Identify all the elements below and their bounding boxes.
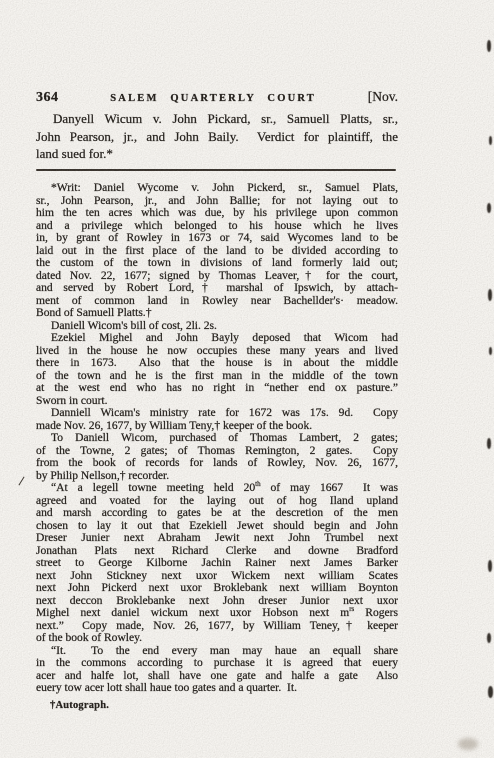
footnote-line: of the Towne, 2 gates; of Thomas Remingt… <box>36 445 398 458</box>
footnote-line: and marsh according to gates be at the d… <box>36 507 398 520</box>
footnote-line: by Philip Nellson,† recorder. <box>36 470 398 483</box>
footnote-line: the custom of the town in divisions of l… <box>36 257 398 270</box>
scan-speck <box>487 633 491 643</box>
footnote-line: in, by grant of Rowley in 1673 or 74, sa… <box>36 232 398 245</box>
footnote-line: Bond of Samuell Platts.† <box>36 307 398 320</box>
footnote-line: of the book of Rowley. <box>36 632 398 645</box>
main-text-line: John Pearson, jr., and John Baily. Verdi… <box>36 128 398 146</box>
footnote-line: sr., John Pearson, jr., and John Ballie;… <box>36 195 398 208</box>
footnote-line: Sworn in court. <box>36 395 398 408</box>
footnote-line: acer and halfe lot, shall have one gate … <box>36 670 398 683</box>
footnote-line: *Writ: Daniel Wycome v. John Pickerd, sr… <box>36 182 398 195</box>
footnote-line: next John Pickerd next uxor Broklebank n… <box>36 582 398 595</box>
footnote-line: dated Nov. 22, 1677; signed by Thomas Le… <box>36 270 398 283</box>
footnote-line: of the town and he is the first man in t… <box>36 370 398 383</box>
footnote-line: from the book of records for lands of Ro… <box>36 457 398 470</box>
footnote-line: Dreser Junier next Abraham Jewit next Jo… <box>36 532 398 545</box>
footnote-line: Ezekiel Mighel and John Bayly deposed th… <box>36 332 398 345</box>
footnote-line: street to George Kilborne Jachin Rainer … <box>36 557 398 570</box>
page-header: 364 SALEM QUARTERLY COURT [Nov. <box>36 89 398 106</box>
footnote-key: †Autograph. <box>50 700 109 711</box>
scan-speck <box>489 347 492 355</box>
date-marker: [Nov. <box>368 89 398 105</box>
scan-speck <box>489 136 492 145</box>
footnote-line: in the commons according to purchase it … <box>36 657 398 670</box>
footnote-line: lived in the house he now occupies these… <box>36 345 398 358</box>
footnote-line: him the ten acres which was due, by his … <box>36 207 398 220</box>
footnote-line: Daniell Wicom's bill of cost, 2li. 2s. <box>36 320 398 333</box>
footnote-line: Danniell Wicam's ministry rate for 1672 … <box>36 407 398 420</box>
scan-speck <box>488 560 492 572</box>
footnote-line: “It. To the end every man may haue an eq… <box>36 645 398 658</box>
scanned-book-page: 364 SALEM QUARTERLY COURT [Nov. Danyell … <box>0 0 494 758</box>
ink-margin-mark <box>18 476 24 485</box>
footnote-line: there in 1673. Also that the house is in… <box>36 357 398 370</box>
footnote-line: Jonathan Plats next Richard Clerke and d… <box>36 545 398 558</box>
footnote-line: ment of common land in Rowley near Bache… <box>36 295 398 308</box>
footnote-line: euery tow acer lott shall haue too gates… <box>36 682 398 695</box>
scan-speck <box>487 438 491 449</box>
footnote-line: To Daniell Wicom, purchased of Thomas La… <box>36 432 398 445</box>
main-text-line: Danyell Wicum v. John Pickard, sr., Samu… <box>36 110 398 128</box>
scan-smudge <box>458 738 478 750</box>
footnote-line: next.” Copy made, Nov. 26, 1677, by Will… <box>36 620 398 633</box>
footnote-line: next deccon Broklebanke next John dreser… <box>36 595 398 608</box>
main-text-line: land sued for.* <box>36 145 398 163</box>
scan-speck <box>488 289 492 301</box>
footnote-line: at the west end who has no right in “net… <box>36 382 398 395</box>
footnote-line: and served by Robert Lord,† marshal of I… <box>36 282 398 295</box>
footnote-divider-rule <box>36 169 396 171</box>
main-text-paragraph: Danyell Wicum v. John Pickard, sr., Samu… <box>36 110 398 163</box>
scan-speck <box>488 686 493 698</box>
footnote-line: made Nov. 26, 1677, by William Teny,† ke… <box>36 420 398 433</box>
page-number: 364 <box>36 90 59 106</box>
footnote-line: “At a legell towne meeting held 20th of … <box>36 482 398 495</box>
footnote-paragraphs: *Writ: Daniel Wycome v. John Pickerd, sr… <box>36 182 398 695</box>
footnote-line: agreed and voated for the laying out of … <box>36 495 398 508</box>
scan-speck <box>487 203 491 213</box>
footnote-line: laid out in the first place of the land … <box>36 245 398 258</box>
footnote-line: chosen to lay it out that Ezekiell Jewet… <box>36 520 398 533</box>
footnote-line: and a privilege which belonged to his ho… <box>36 220 398 233</box>
footnote-line: Mighel next daniel wickum next uxor Hobs… <box>36 607 398 620</box>
scan-speck <box>487 40 491 52</box>
running-head: SALEM QUARTERLY COURT <box>59 93 368 104</box>
footnote-line: next John Stickney next uxor Wickem next… <box>36 570 398 583</box>
